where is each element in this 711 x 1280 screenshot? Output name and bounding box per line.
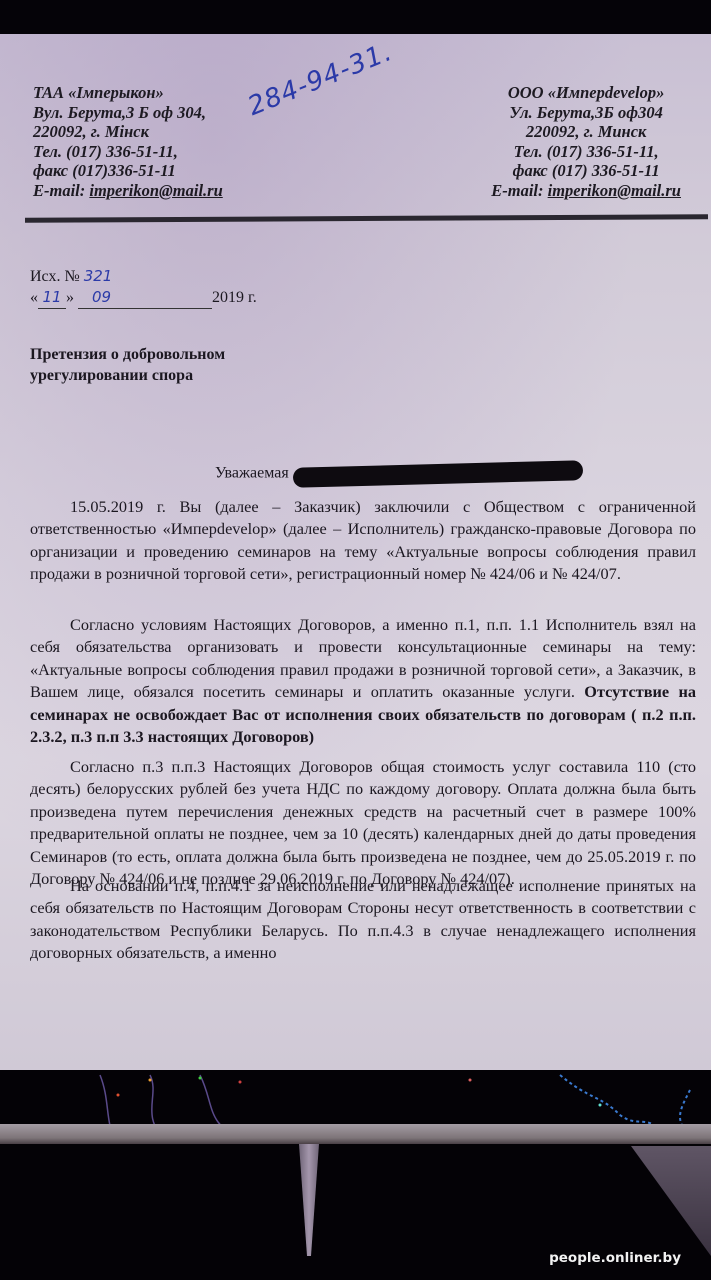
- letterhead-right: ООО «Имперdevelop» Ул. Берута,3Б оф304 2…: [491, 83, 681, 200]
- ref-label: Исх. №: [30, 268, 80, 285]
- org-name-by: ТАА «Імперыкон»: [33, 83, 223, 103]
- redacted-name: [292, 460, 582, 488]
- phone-ru: Тел. (017) 336-51-11,: [491, 142, 681, 162]
- email-label: E-mail:: [33, 181, 89, 200]
- city-by: 220092, г. Мінск: [33, 122, 223, 142]
- watermark: people.onliner.by: [549, 1250, 681, 1266]
- email-line-ru: E-mail: imperikon@mail.ru: [491, 181, 681, 201]
- paragraph-2: Согласно условиям Настоящих Договоров, а…: [30, 614, 696, 748]
- handwritten-phone: 284-94-31.: [244, 37, 397, 122]
- paragraph-1: 15.05.2019 г. Вы (далее – Заказчик) закл…: [30, 496, 696, 586]
- letterhead-left: ТАА «Імперыкон» Вул. Берута,3 Б оф 304, …: [33, 83, 223, 200]
- phone-by: Тел. (017) 336-51-11,: [33, 142, 223, 162]
- paragraph-3-text: Согласно п.3 п.п.3 Настоящих Договоров о…: [30, 756, 696, 890]
- letter-page: ТАА «Імперыкон» Вул. Берута,3 Б оф 304, …: [0, 34, 711, 1070]
- greeting: Уважаемая: [215, 464, 583, 484]
- fax-by: факс (017)336-51-11: [33, 161, 223, 181]
- email-line-by: E-mail: imperikon@mail.ru: [33, 181, 223, 201]
- outgoing-reference: Исх. № 321 «11» 092019 г.: [30, 266, 257, 309]
- header-divider: [25, 214, 708, 223]
- email-link[interactable]: imperikon@mail.ru: [89, 181, 222, 200]
- org-name-ru: ООО «Имперdevelop»: [491, 83, 681, 103]
- fax-ru: факс (017) 336-51-11: [491, 161, 681, 181]
- email-label: E-mail:: [491, 181, 547, 200]
- ref-month: 09: [78, 287, 212, 309]
- ref-number: 321: [84, 267, 113, 285]
- paragraph-4: На основании п.4, п.п.4.1 за неисполнени…: [30, 875, 696, 965]
- email-link[interactable]: imperikon@mail.ru: [548, 181, 681, 200]
- address-by: Вул. Берута,3 Б оф 304,: [33, 103, 223, 123]
- title-line-2: урегулировании спора: [30, 365, 225, 386]
- ref-year: 2019 г.: [212, 289, 257, 306]
- address-ru: Ул. Берута,3Б оф304: [491, 103, 681, 123]
- ref-day: 11: [38, 287, 66, 309]
- title-line-1: Претензия о добровольном: [30, 344, 225, 365]
- paragraph-4-text: На основании п.4, п.п.4.1 за неисполнени…: [30, 875, 696, 965]
- paragraph-3: Согласно п.3 п.п.3 Настоящих Договоров о…: [30, 756, 696, 890]
- paragraph-1-text: 15.05.2019 г. Вы (далее – Заказчик) закл…: [30, 496, 696, 586]
- document-title: Претензия о добровольном урегулировании …: [30, 344, 225, 386]
- city-ru: 220092, г. Минск: [491, 122, 681, 142]
- window-sill: [0, 1124, 711, 1144]
- greeting-text: Уважаемая: [215, 465, 289, 482]
